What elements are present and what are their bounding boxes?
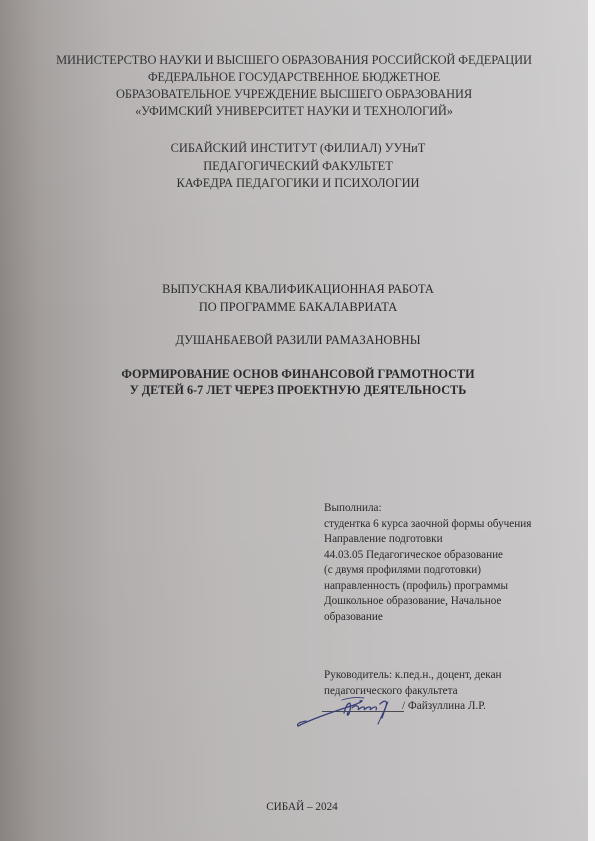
footer-text: СИБАЙ – 2024 <box>8 800 595 814</box>
work-type-line: ПО ПРОГРАММЕ БАКАЛАВРИАТА <box>4 299 592 317</box>
title-line: У ДЕТЕЙ 6-7 ЛЕТ ЧЕРЕЗ ПРОЕКТНУЮ ДЕЯТЕЛЬН… <box>4 382 592 398</box>
signature-icon <box>292 694 402 730</box>
performer-line: (с двумя профилями подготовки) <box>324 563 531 579</box>
department-line: КАФЕДРА ПЕДАГОГИКИ И ПСИХОЛОГИИ <box>4 175 592 193</box>
performer-line: образование <box>324 610 531 626</box>
header-line: «УФИМСКИЙ УНИВЕРСИТЕТ НАУКИ И ТЕХНОЛОГИЙ… <box>0 103 588 120</box>
performer-line: направленность (профиль) программы <box>324 579 531 595</box>
work-type-block: ВЫПУСКНАЯ КВАЛИФИКАЦИОННАЯ РАБОТА ПО ПРО… <box>4 281 592 316</box>
institute-line: СИБАЙСКИЙ ИНСТИТУТ (ФИЛИАЛ) УУНиТ <box>4 140 592 158</box>
supervisor-name: / Файзуллина Л.Р. <box>402 700 486 712</box>
ministry-header: МИНИСТЕРСТВО НАУКИ И ВЫСШЕГО ОБРАЗОВАНИЯ… <box>0 52 588 120</box>
header-line: ФЕДЕРАЛЬНОЕ ГОСУДАРСТВЕННОЕ БЮДЖЕТНОЕ <box>0 69 588 86</box>
city-year-footer: СИБАЙ – 2024 <box>8 800 595 814</box>
work-type-line: ВЫПУСКНАЯ КВАЛИФИКАЦИОННАЯ РАБОТА <box>4 281 592 299</box>
document-page: МИНИСТЕРСТВО НАУКИ И ВЫСШЕГО ОБРАЗОВАНИЯ… <box>0 0 588 841</box>
thesis-title: ФОРМИРОВАНИЕ ОСНОВ ФИНАНСОВОЙ ГРАМОТНОСТ… <box>4 366 592 398</box>
performer-line: 44.03.05 Педагогическое образование <box>324 548 531 564</box>
header-line: МИНИСТЕРСТВО НАУКИ И ВЫСШЕГО ОБРАЗОВАНИЯ… <box>0 52 588 69</box>
author-line: ДУШАНБАЕВОЙ РАЗИЛИ РАМАЗАНОВНЫ <box>4 332 592 349</box>
faculty-line: ПЕДАГОГИЧЕСКИЙ ФАКУЛЬТЕТ <box>4 158 592 176</box>
institute-block: СИБАЙСКИЙ ИНСТИТУТ (ФИЛИАЛ) УУНиТ ПЕДАГО… <box>4 140 592 193</box>
author-name: ДУШАНБАЕВОЙ РАЗИЛИ РАМАЗАНОВНЫ <box>4 332 592 349</box>
performer-info: Выполнила: студентка 6 курса заочной фор… <box>324 501 531 625</box>
performer-line: студентка 6 курса заочной формы обучения <box>324 517 531 533</box>
title-line: ФОРМИРОВАНИЕ ОСНОВ ФИНАНСОВОЙ ГРАМОТНОСТ… <box>4 366 592 382</box>
background-edge <box>588 0 595 841</box>
performer-line: Дошкольное образование, Начальное <box>324 594 531 610</box>
performer-label: Выполнила: <box>324 501 531 517</box>
supervisor-line: Руководитель: к.пед.н., доцент, декан <box>324 668 502 684</box>
performer-line: Направление подготовки <box>324 532 531 548</box>
header-line: ОБРАЗОВАТЕЛЬНОЕ УЧРЕЖДЕНИЕ ВЫСШЕГО ОБРАЗ… <box>0 86 588 103</box>
